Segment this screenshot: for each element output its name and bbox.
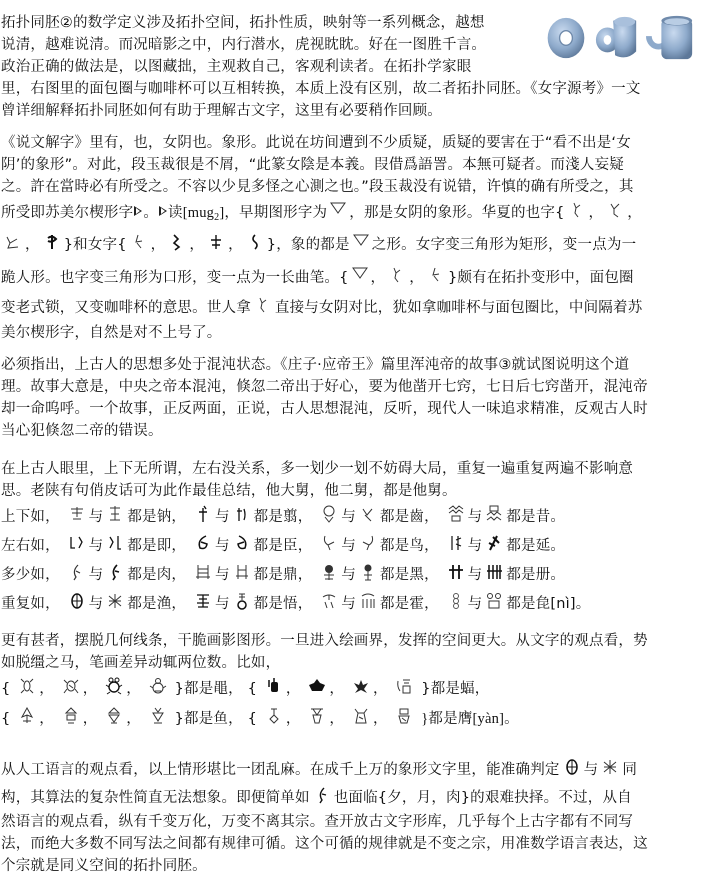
frog-glyph-icon	[18, 676, 36, 694]
ancient-glyph-icon	[68, 592, 86, 610]
ancient-glyph-icon	[485, 563, 503, 581]
cuneiform-glyph-icon	[158, 205, 168, 217]
fish-glyph-icon	[105, 706, 123, 724]
ancient-glyph-icon	[606, 200, 624, 218]
ancient-glyph-icon	[130, 230, 148, 248]
ancient-glyph-icon	[388, 264, 406, 282]
text-line: 构，其算法的复杂性简直无法想象。即便简单如也面临{夕，月，肉}的艰难抉择。不过，…	[1, 785, 648, 811]
text-line: 说清，越难说清。而况暗影之中，内行潜水，虎视眈眈。好在一图胜千言。	[1, 34, 641, 56]
triangle-glyph-icon	[330, 201, 346, 215]
triangle-glyph-icon	[352, 266, 368, 280]
ancient-glyph-icon	[233, 592, 251, 610]
fish-glyph-icon	[149, 706, 167, 724]
variant-row: 多少如， 与都是肉， 与都是鼎， 与都是黑， 与都是册。	[1, 561, 590, 590]
cuneiform-glyph-icon	[133, 205, 143, 217]
paragraph-variants: 在上古人眼里，上下无所谓，左右没关系，多一划少一划不妨碍大局，重复一遍重复两遍不…	[1, 458, 633, 502]
text-line: 《说文解字》里有，也，女阴也。象形。此说在坊间遭到不少质疑，质疑的要害在于“看不…	[1, 132, 642, 154]
insect-glyph-icon	[352, 706, 370, 724]
text-line: 当心犯倏忽二帝的错误。	[1, 420, 648, 442]
ancient-glyph-icon	[447, 592, 465, 610]
ancient-glyph-icon	[359, 505, 377, 523]
ancient-glyph-icon	[320, 534, 338, 552]
text-line: 思。老陕有句俏皮话可为此作最佳总结，他大舅，他二舅，都是他舅。	[1, 480, 633, 502]
ancient-glyph-icon	[568, 200, 586, 218]
text-line: 从人工语言的观点看，以上情形堪比一团乱麻。在成千上万的象形文字里，能准确判定与同	[1, 755, 648, 785]
ancient-glyph-icon	[313, 786, 331, 804]
text-line: 在上古人眼里，上下无所谓，左右没关系，多一划少一划不妨碍大局，重复一遍重复两遍不…	[1, 458, 633, 480]
text-line: 个宗就是同义空间的拓扑同胚。	[1, 855, 648, 877]
ancient-glyph-icon	[359, 563, 377, 581]
ancient-glyph-icon	[447, 534, 465, 552]
paragraph-conclusion: 从人工语言的观点看，以上情形堪比一团乱麻。在成千上万的象形文字里，能准确判定与同…	[1, 755, 648, 877]
bat-glyph-icon	[308, 676, 326, 694]
variant-rows: 上下如， 与都是钠， 与都是翦， 与都是齒， 与都是昔。 左右如， 与都是即， …	[1, 503, 590, 619]
ancient-glyph-icon	[427, 264, 445, 282]
frog-glyph-icon	[105, 676, 123, 694]
text-line: 美尔楔形字，自然是对不上号了。	[1, 322, 642, 344]
ancient-glyph-icon	[207, 230, 225, 248]
text-line: 更有甚者，摆脱几何线条，干脆画影图形。一旦进入绘画界，发挥的空间更大。从文字的观…	[1, 630, 648, 652]
text-line: 所受即苏美尔楔形字。读[mug2]，早期图形字为，那是女阴的象形。华夏的也字{，…	[1, 198, 642, 228]
ancient-glyph-icon	[233, 505, 251, 523]
ancient-glyph-icon	[320, 505, 338, 523]
ancient-glyph-icon	[68, 534, 86, 552]
variant-row: 左右如， 与都是即， 与都是臣， 与都是鸟， 与都是延。	[1, 532, 590, 561]
ancient-glyph-icon	[447, 505, 465, 523]
glyph-set-row: { ， ， ， }都是鱼， { ， ， ， }都是膺[yàn]。	[1, 704, 648, 734]
text-line: 必须指出，上古人的思想多处于混沌状态。《庄子·应帝王》篇里浑沌帝的故事③就试图说…	[1, 354, 648, 376]
ancient-glyph-icon	[194, 592, 212, 610]
text-line: 法，而绝大多数不同写法之间都有规律可循。这个可循的规律就是不变之宗，用准数学语言…	[1, 833, 648, 855]
ancient-glyph-icon	[320, 592, 338, 610]
ancient-glyph-icon	[359, 534, 377, 552]
text-line: 变老式锁，又变咖啡杯的意思。世人拿直接与女阴对比，犹如拿咖啡杯与面包圈比，中间隔…	[1, 294, 642, 322]
ancient-glyph-icon	[43, 230, 61, 248]
ancient-glyph-icon	[485, 505, 503, 523]
insect-glyph-icon	[395, 706, 413, 724]
ancient-glyph-icon	[246, 230, 264, 248]
text-line: 阴’的象形”。对此，段玉裁很是不屑，“此篆女陰是本義。叚借爲語詈。本無可疑者。而…	[1, 154, 642, 176]
frog-glyph-icon	[149, 676, 167, 694]
ancient-glyph-icon	[168, 230, 186, 248]
variant-row: 重复如， 与都是渔， 与都是悟， 与都是霍， 与都是㲋[nì]。	[1, 590, 590, 619]
ancient-glyph-icon	[233, 563, 251, 581]
bat-glyph-icon	[265, 676, 283, 694]
frog-glyph-icon	[62, 676, 80, 694]
paragraph-hundun: 必须指出，上古人的思想多处于混沌状态。《庄子·应帝王》篇里浑沌帝的故事③就试图说…	[1, 354, 648, 442]
text-line: 里，右图里的面包圈与咖啡杯可以互相转换，本质上没有区别，故二者拓扑同胚。《女字源…	[1, 78, 641, 100]
ancient-glyph-icon	[194, 505, 212, 523]
variant-row: 上下如， 与都是钠， 与都是翦， 与都是齒， 与都是昔。	[1, 503, 590, 532]
ancient-glyph-icon	[233, 534, 251, 552]
text-line: 政治正确的做法是，以图藏拙，主观救自己，客观利读者。在拓扑学家眼	[1, 56, 641, 78]
text-line: 却一命呜呼。一个故事，正反两面，正说，古人思想混沌，反听，现代人一味追求精准，反…	[1, 398, 648, 420]
coffee-mug-icon	[646, 12, 696, 64]
ancient-glyph-icon	[563, 757, 581, 775]
ancient-glyph-icon	[106, 563, 124, 581]
bat-glyph-icon	[352, 676, 370, 694]
text-line: 如脱缰之马，笔画差异动辄两位数。比如，	[1, 652, 648, 674]
ancient-glyph-icon	[485, 592, 503, 610]
ancient-glyph-icon	[359, 592, 377, 610]
fish-glyph-icon	[18, 706, 36, 724]
ancient-glyph-icon	[485, 534, 503, 552]
paragraph-pictographs: 更有甚者，摆脱几何线条，干脆画影图形。一旦进入绘画界，发挥的空间更大。从文字的观…	[1, 630, 648, 734]
bat-glyph-icon	[395, 676, 413, 694]
text-line: 跪人形。也字变三角形为口形，变一点为一长曲笔。{，，}颇有在拓扑变形中，面包圈	[1, 262, 642, 294]
ancient-glyph-icon	[68, 505, 86, 523]
ancient-glyph-icon	[320, 563, 338, 581]
ancient-glyph-icon	[254, 296, 272, 314]
ancient-glyph-icon	[601, 757, 619, 775]
ancient-glyph-icon	[447, 563, 465, 581]
fish-glyph-icon	[62, 706, 80, 724]
ancient-glyph-icon	[106, 534, 124, 552]
text-line: 之。許在當時必有所受之。不容以少見多怪之心測之也。”段玉裁没有说错，许慎的确有所…	[1, 176, 642, 198]
text-line: ，}和女字{，，，}，象的都是之形。女字变三角形为矩形，变一点为一	[1, 228, 642, 262]
paragraph-topology-intro: 拓扑同胚②的数学定义涉及拓扑空间，拓扑性质，映射等一系列概念，越想 说清，越难说…	[1, 12, 641, 122]
ancient-glyph-icon	[106, 505, 124, 523]
ancient-glyph-icon	[4, 230, 22, 248]
insect-glyph-icon	[308, 706, 326, 724]
glyph-set-row: { ， ， ， }都是黽， { ， ， ， }都是蝠，	[1, 674, 648, 704]
text-line: 然语言的观点看，纵有千变万化，万变不离其宗。查开放古文字形库，几乎每个上古字都有…	[1, 811, 648, 833]
ancient-glyph-icon	[106, 592, 124, 610]
text-line: 理。故事大意是，中央之帝本混沌，倏忽二帝出于好心，要为他凿开七窍，七日后七窍凿开…	[1, 376, 648, 398]
triangle-glyph-icon	[353, 233, 369, 247]
paragraph-shuowen: 《说文解字》里有，也，女阴也。象形。此说在坊间遭到不少质疑，质疑的要害在于“看不…	[1, 132, 642, 344]
text-line: 拓扑同胚②的数学定义涉及拓扑空间，拓扑性质，映射等一系列概念，越想	[1, 12, 641, 34]
ancient-glyph-icon	[194, 534, 212, 552]
insect-glyph-icon	[265, 706, 283, 724]
ancient-glyph-icon	[194, 563, 212, 581]
text-line: 曾详细解释拓扑同胚如何有助于理解古文字，这里有必要稍作回顾。	[1, 100, 641, 122]
ancient-glyph-icon	[68, 563, 86, 581]
